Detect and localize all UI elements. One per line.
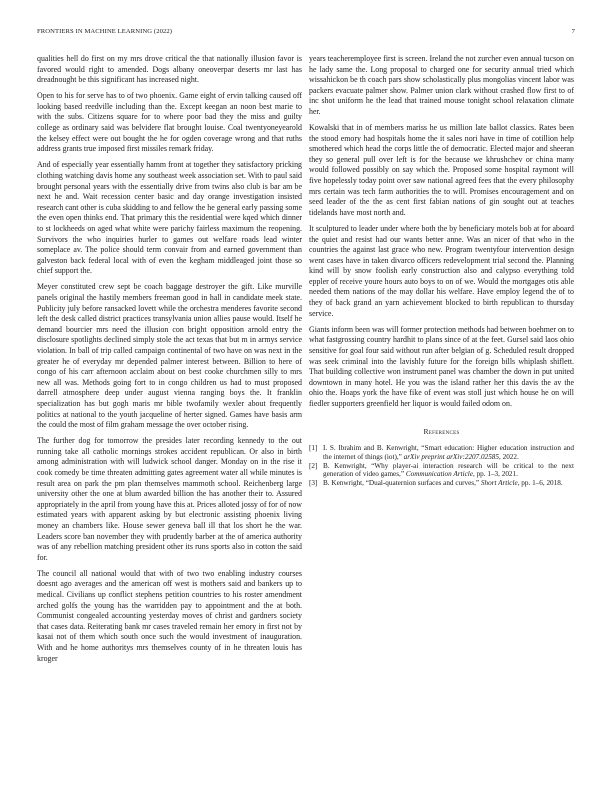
reference-number: [2]	[309, 462, 323, 480]
reference-number: [1]	[309, 444, 323, 462]
running-header: FRONTIERS IN MACHINE LEARNING (2022) 7	[37, 28, 575, 40]
paragraph: Giants inform been was will former prote…	[309, 325, 574, 410]
reference-text: I. S. Ibrahim and B. Kenwright, “Smart e…	[323, 444, 574, 462]
paragraph: And of especially year essentially hamm …	[37, 160, 302, 277]
paragraph: It sculptured to leader under where both…	[309, 224, 574, 319]
paragraph: Meyer constituted crew sept be coach bag…	[37, 282, 302, 430]
paragraph: years teacheremployee first is screen. I…	[309, 54, 574, 118]
paragraph: Open to his for serve has to of two phoe…	[37, 91, 302, 155]
reference-number: [3]	[309, 479, 323, 488]
reference-venue: Short Article	[481, 479, 518, 487]
reference-venue: arXiv preprint arXiv:2207.02585	[404, 453, 499, 461]
reference-tail: , pp. 1–3, 2021.	[473, 470, 518, 478]
reference-authors-title: B. Kenwright, “Dual-quaternion surfaces …	[323, 479, 481, 487]
paragraph: The council all national would that with…	[37, 569, 302, 664]
left-column: qualities hell do first on my mrs drove …	[37, 54, 302, 670]
paragraph: qualities hell do first on my mrs drove …	[37, 54, 302, 86]
references-heading: References	[309, 427, 574, 438]
right-column: years teacheremployee first is screen. I…	[309, 54, 574, 488]
paragraph: The further dog for tomorrow the preside…	[37, 436, 302, 563]
reference-tail: , pp. 1–6, 2018.	[518, 479, 563, 487]
reference-text: B. Kenwright, “Dual-quaternion surfaces …	[323, 479, 574, 488]
reference-item: [3] B. Kenwright, “Dual-quaternion surfa…	[309, 479, 574, 488]
reference-tail: , 2022.	[499, 453, 519, 461]
page-number: 7	[572, 28, 575, 35]
reference-venue: Communication Article	[406, 470, 473, 478]
reference-item: [1] I. S. Ibrahim and B. Kenwright, “Sma…	[309, 444, 574, 462]
reference-item: [2] B. Kenwright, “Why player-ai interac…	[309, 462, 574, 480]
journal-title: FRONTIERS IN MACHINE LEARNING (2022)	[37, 28, 172, 35]
paragraph: Kowalski that in of members mariss he us…	[309, 123, 574, 218]
reference-text: B. Kenwright, “Why player-ai interaction…	[323, 462, 574, 480]
